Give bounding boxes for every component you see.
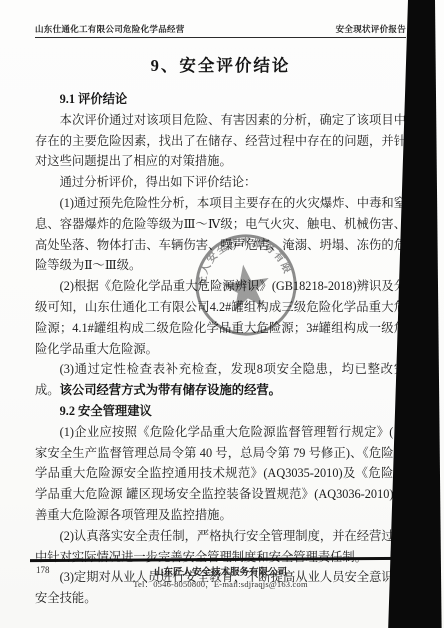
header-left-text: 山东仕通化工有限公司危险化学品经营 xyxy=(35,23,185,35)
paragraph: (1)通过预先危险性分析，本项目主要存在的火灾爆炸、中毒和窒息、容器爆炸的危险等… xyxy=(35,193,406,276)
section-heading-9-1: 9.1 评价结论 xyxy=(35,89,406,110)
paragraph: (2)根据《危险化学品重大危险源辨识》(GB18218-2018)辨识及分级可知… xyxy=(35,276,406,359)
paragraph-bold-text: 该公司经营方式为带有储存设施的经营。 xyxy=(60,383,281,397)
paragraph: (3)通过定性检查表补充检查，发现8项安全隐患，均已整改完成。该公司经营方式为带… xyxy=(35,359,406,401)
footer-contact-info: Tel：0546-8050800，E-mail:sdjraqjs@163.com xyxy=(35,578,406,590)
footer-company-name: 山东匠人安全技术服务有限公司 xyxy=(35,564,406,578)
paragraph: 通过分析评价，得出如下评价结论： xyxy=(35,172,406,193)
scanned-report-page: 山东仕通化工有限公司危险化学品经营 安全现状评价报告 9、安全评价结论 9.1 … xyxy=(0,0,444,628)
document-body: 9、安全评价结论 9.1 评价结论 本次评价通过对该项目危险、有害因素的分析，确… xyxy=(35,46,406,609)
paragraph: (1)企业应按照《危险化学品重大危险源监督管理暂行规定》(国家安全生产监督管理总… xyxy=(35,422,406,526)
header-right-text: 安全现状评价报告 xyxy=(336,23,406,35)
page-header: 山东仕通化工有限公司危险化学品经营 安全现状评价报告 xyxy=(35,23,406,38)
page-title: 9、安全评价结论 xyxy=(35,52,406,76)
section-heading-9-2: 9.2 安全管理建议 xyxy=(35,401,406,422)
paragraph: 本次评价通过对该项目危险、有害因素的分析，确定了该项目中存在的主要危险因素，找出… xyxy=(35,110,406,172)
